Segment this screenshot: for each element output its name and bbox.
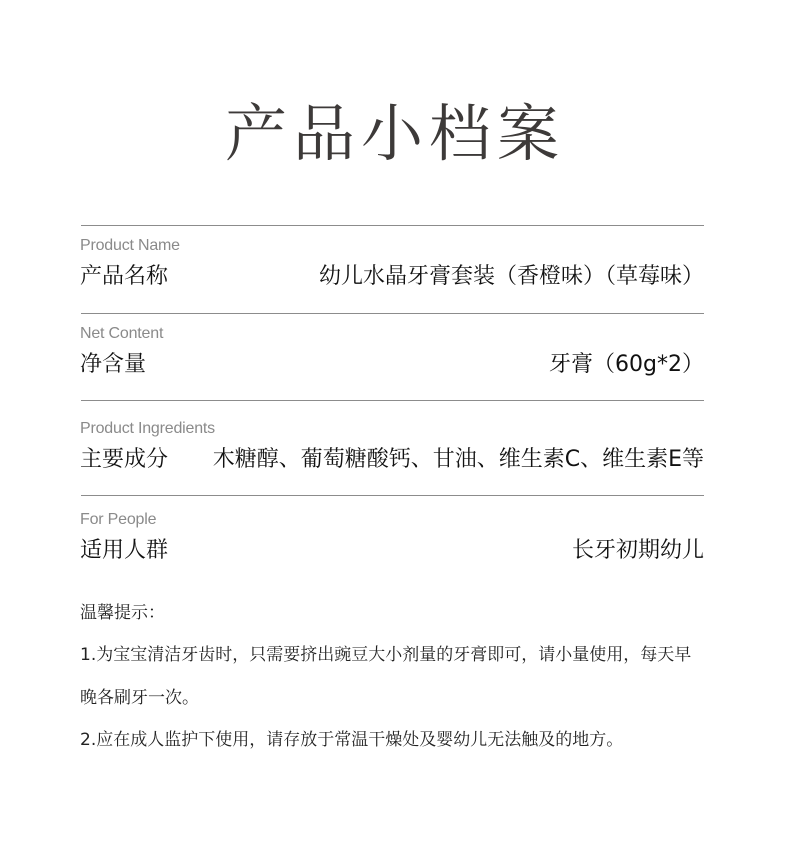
spec-label: 净含量 <box>80 350 146 380</box>
spec-value: 木糖醇、葡萄糖酸钙、甘油、维生素C、维生素E等 <box>213 445 704 475</box>
spec-label: 主要成分 <box>80 445 168 475</box>
divider <box>81 313 704 314</box>
spec-row-net-content: Net Content 净含量 牙膏（60g*2） <box>80 324 704 380</box>
spec-row-product-name: Product Name 产品名称 幼儿水晶牙膏套装（香橙味）（草莓味） <box>80 236 704 292</box>
spec-value: 牙膏（60g*2） <box>549 350 704 380</box>
spec-value: 幼儿水晶牙膏套装（香橙味）（草莓味） <box>319 262 704 292</box>
tip-item-1: 1.为宝宝清洁牙齿时，只需要挤出豌豆大小剂量的牙膏即可，请小量使用，每天早 <box>80 644 691 666</box>
tips-heading: 温馨提示： <box>80 602 165 624</box>
spec-label-en: Product Name <box>80 236 704 256</box>
spec-row-for-people: For People 适用人群 长牙初期幼儿 <box>80 510 704 566</box>
spec-label: 产品名称 <box>80 262 168 292</box>
divider <box>81 400 704 401</box>
divider <box>81 495 704 496</box>
tip-item-2: 2.应在成人监护下使用，请存放于常温干燥处及婴幼儿无法触及的地方。 <box>80 729 623 751</box>
spec-row-ingredients: Product Ingredients 主要成分 木糖醇、葡萄糖酸钙、甘油、维生… <box>80 419 704 475</box>
divider <box>81 225 704 226</box>
spec-value: 长牙初期幼儿 <box>572 536 704 566</box>
spec-label-en: Product Ingredients <box>80 419 704 439</box>
page-title: 产品小档案 <box>0 98 790 170</box>
tip-item-1-continued: 晚各刷牙一次。 <box>80 687 199 709</box>
spec-label-en: For People <box>80 510 704 530</box>
spec-label-en: Net Content <box>80 324 704 344</box>
spec-label: 适用人群 <box>80 536 168 566</box>
